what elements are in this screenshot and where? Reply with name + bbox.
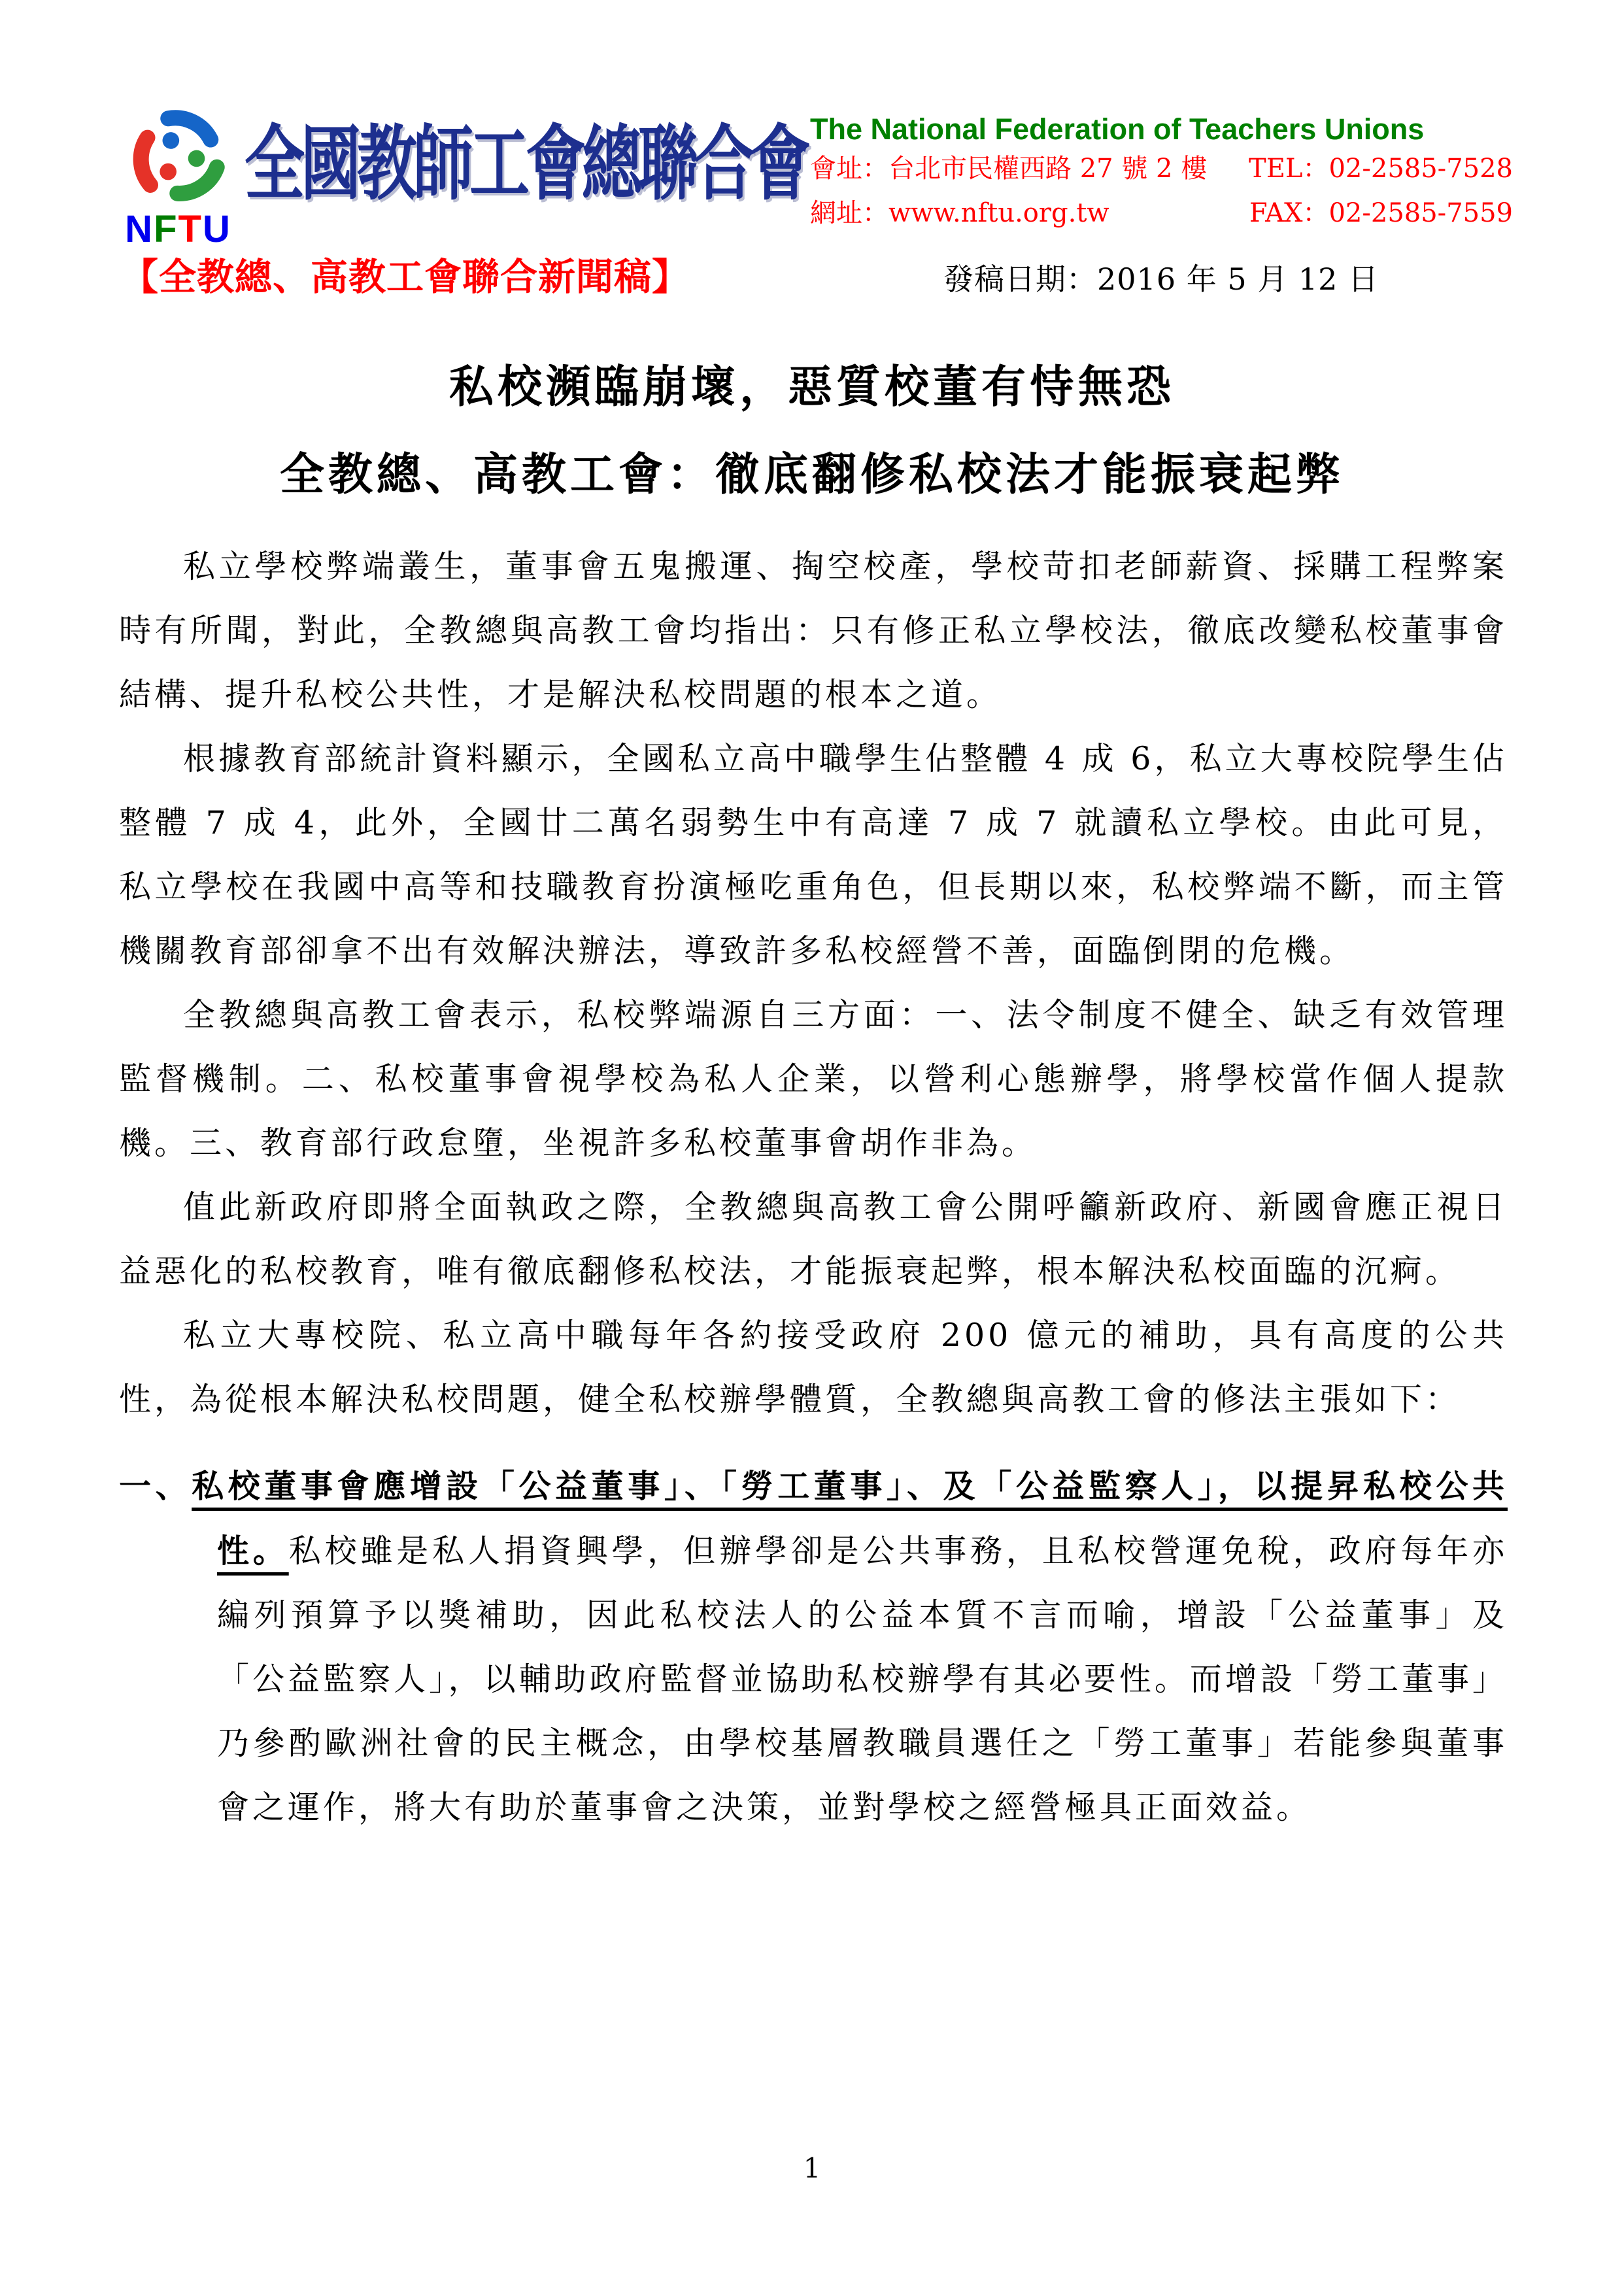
document-body: 私立學校弊端叢生，董事會五鬼搬運、掏空校產，學校苛扣老師薪資、採購工程弊案時有所… (119, 535, 1508, 1840)
document-page: NFTU 全國教師工會總聯合會 The National Federation … (0, 0, 1624, 2294)
paragraph-5: 私立大專校院、私立高中職每年各約接受政府 200 億元的補助，具有高度的公共性，… (119, 1304, 1508, 1432)
item-one-body: 私校雖是私人捐資興學，但辦學卻是公共事務，且私校營運免稅，政府每年亦編列預算予以… (217, 1532, 1508, 1826)
org-fax: FAX：02-2585-7559 (1249, 191, 1513, 235)
document-title-line-2: 全教總、高教工會：徹底翻修私校法才能振衰起弊 (0, 439, 1624, 503)
nftu-letter-n: N (125, 208, 154, 250)
nftu-letter-f: F (154, 208, 178, 250)
logo-column: NFTU (121, 105, 235, 248)
item-one-number: 一、 (119, 1467, 192, 1505)
org-name-calligraphy: 全國教師工會總聯合會 (245, 123, 807, 204)
letterhead: NFTU 全國教師工會總聯合會 The National Federation … (121, 105, 1513, 248)
org-name-english: The National Federation of Teachers Unio… (810, 112, 1513, 146)
document-title-line-1: 私校瀕臨崩壞，惡質校董有恃無恐 (0, 352, 1624, 415)
release-header-row: 【全教總、高教工會聯合新聞稿】 發稿日期：2016 年 5 月 12 日 (121, 247, 1503, 301)
org-website-row: 網址：www.nftu.org.tw FAX：02-2585-7559 (810, 191, 1513, 235)
paragraph-3: 全教總與高教工會表示，私校弊端源自三方面：一、法令制度不健全、缺乏有效管理監督機… (119, 983, 1508, 1175)
nftu-wordmark: NFTU (125, 211, 231, 248)
paragraph-1: 私立學校弊端叢生，董事會五鬼搬運、掏空校產，學校苛扣老師薪資、採購工程弊案時有所… (119, 535, 1508, 727)
nftu-logo-icon (126, 105, 231, 209)
org-address-row: 會址：台北市民權西路 27 號 2 樓 TEL：02-2585-7528 (810, 146, 1513, 191)
org-address: 會址：台北市民權西路 27 號 2 樓 (810, 146, 1207, 191)
nftu-letter-u: U (203, 208, 231, 250)
paragraph-2: 根據教育部統計資料顯示，全國私立高中職學生佔整體 4 成 6，私立大專校院學生佔… (119, 727, 1508, 983)
logo-area: NFTU 全國教師工會總聯合會 (121, 105, 807, 248)
org-website: 網址：www.nftu.org.tw (810, 191, 1109, 235)
org-tel: TEL：02-2585-7528 (1249, 146, 1513, 191)
page-number: 1 (0, 2152, 1624, 2184)
press-release-tag: 【全教總、高教工會聯合新聞稿】 (121, 247, 690, 301)
numbered-item-one: 一、私校董事會應增設「公益董事」、「勞工董事」、及「公益監察人」，以提昇私校公共… (119, 1454, 1508, 1840)
release-date: 發稿日期：2016 年 5 月 12 日 (943, 256, 1503, 299)
paragraph-4: 值此新政府即將全面執政之際，全教總與高教工會公開呼籲新政府、新國會應正視日益惡化… (119, 1175, 1508, 1304)
org-contact-block: The National Federation of Teachers Unio… (810, 105, 1513, 235)
nftu-letter-t: T (178, 208, 203, 250)
